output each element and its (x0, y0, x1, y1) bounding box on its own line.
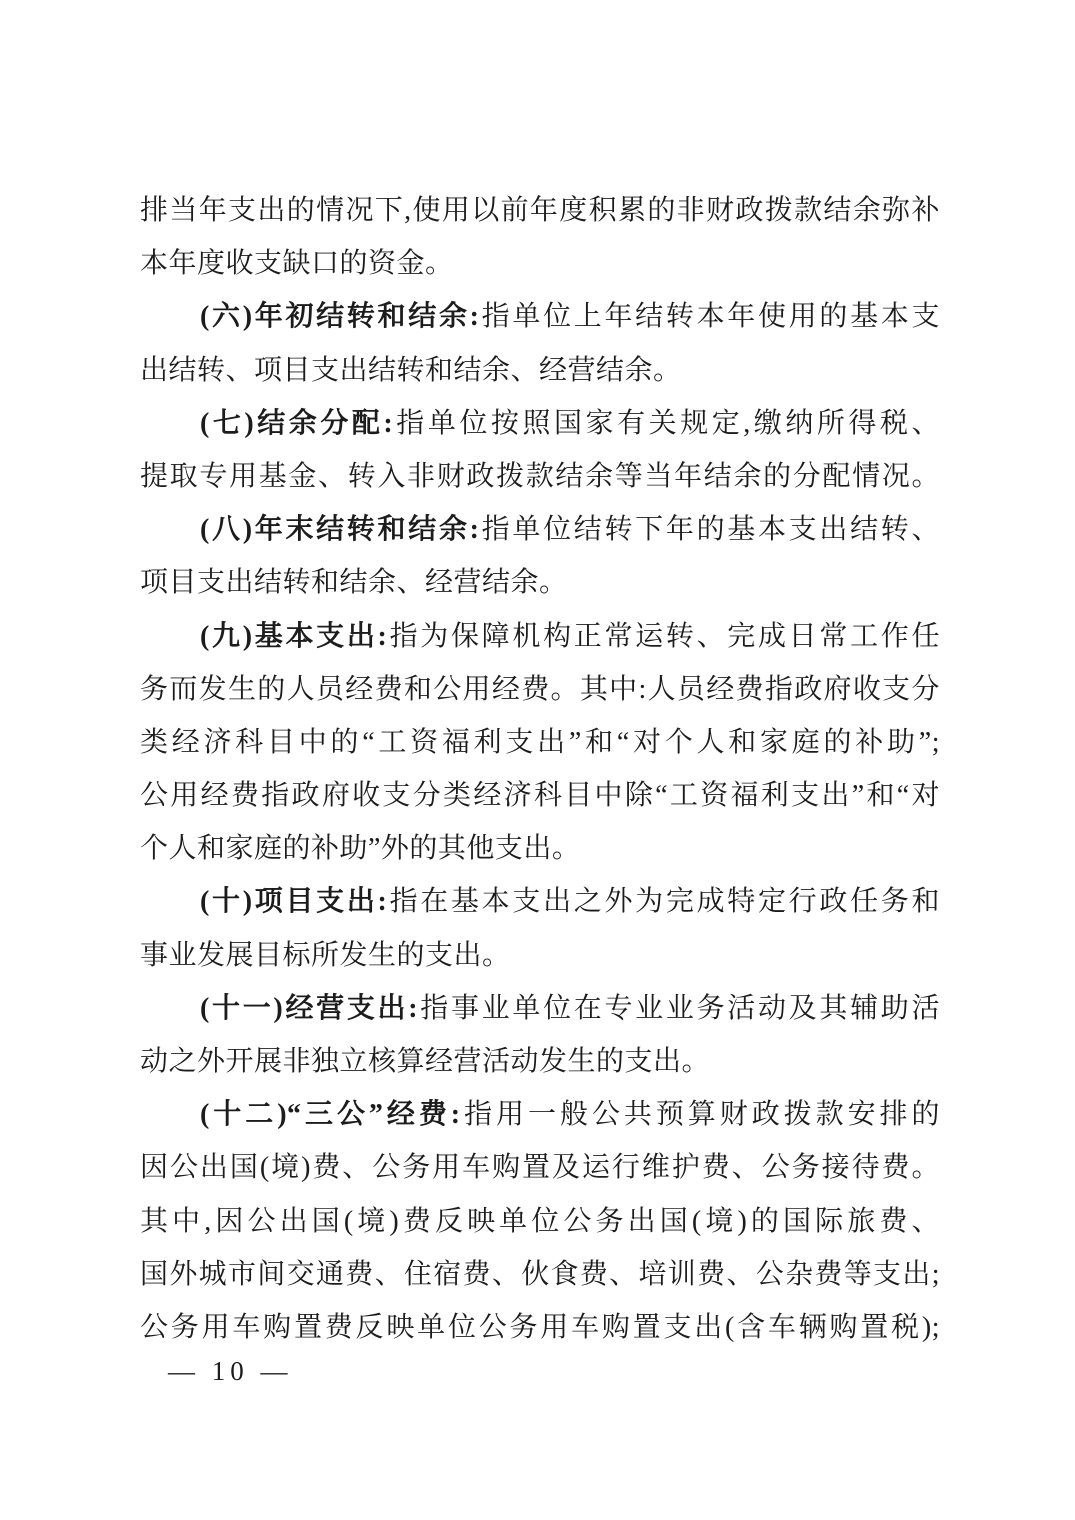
text-line: 类经济科目中的“工资福利支出”和“对个人和家庭的补助”; (140, 716, 940, 769)
text-segment: 其中,因公出国(境)费反映单位公务出国(境)的国际旅费、 (140, 1206, 940, 1237)
text-segment: 务而发生的人员经费和公用经费。其中:人员经费指政府收支分 (140, 674, 940, 705)
text-line: 提取专用基金、转入非财政拨款结余等当年结余的分配情况。 (140, 450, 940, 503)
term-heading: (十二)“三公”经费: (200, 1099, 461, 1130)
term-heading: (六)年初结转和结余: (200, 301, 479, 332)
text-line: 个人和家庭的补助”外的其他支出。 (140, 822, 940, 875)
text-line: (八)年末结转和结余:指单位结转下年的基本支出结转、 (140, 503, 940, 556)
text-segment: 指单位按照国家有关规定,缴纳所得税、 (393, 408, 940, 439)
term-heading: (九)基本支出: (200, 621, 387, 652)
text-line: (十一)经营支出:指事业单位在专业业务活动及其辅助活 (140, 982, 940, 1035)
text-segment: 事业发展目标所发生的支出。 (140, 940, 511, 971)
term-heading: (十)项目支出: (200, 886, 387, 917)
text-segment: 公务用车购置费反映单位公务用车购置支出(含车辆购置税); (140, 1312, 940, 1343)
text-segment: 动之外开展非独立核算经营活动发生的支出。 (140, 1046, 710, 1077)
text-segment: 出结转、项目支出结转和结余、经营结余。 (140, 355, 682, 386)
text-line: (十二)“三公”经费:指用一般公共预算财政拨款安排的 (140, 1088, 940, 1141)
text-segment: 指事业单位在专业业务活动及其辅助活 (418, 993, 940, 1024)
text-segment: 指为保障机构正常运转、完成日常工作任 (387, 621, 940, 652)
text-line: 出结转、项目支出结转和结余、经营结余。 (140, 344, 940, 397)
term-heading: (十一)经营支出: (200, 993, 418, 1024)
term-heading: (八)年末结转和结余: (200, 514, 479, 545)
text-line: 因公出国(境)费、公务用车购置及运行维护费、公务接待费。 (140, 1141, 940, 1194)
text-line: 动之外开展非独立核算经营活动发生的支出。 (140, 1035, 940, 1088)
text-segment: 排当年支出的情况下,使用以前年度积累的非财政拨款结余弥补 (140, 195, 940, 226)
text-line: 公务用车购置费反映单位公务用车购置支出(含车辆购置税); (140, 1301, 940, 1354)
text-line: (七)结余分配:指单位按照国家有关规定,缴纳所得税、 (140, 397, 940, 450)
text-segment: 个人和家庭的补助”外的其他支出。 (140, 833, 580, 864)
text-segment: 提取专用基金、转入非财政拨款结余等当年结余的分配情况。 (140, 461, 940, 492)
text-line: (六)年初结转和结余:指单位上年结转本年使用的基本支 (140, 290, 940, 343)
text-line: (十)项目支出:指在基本支出之外为完成特定行政任务和 (140, 875, 940, 928)
text-line: 务而发生的人员经费和公用经费。其中:人员经费指政府收支分 (140, 663, 940, 716)
text-line: 事业发展目标所发生的支出。 (140, 929, 940, 982)
text-line: 国外城市间交通费、住宿费、伙食费、培训费、公杂费等支出; (140, 1248, 940, 1301)
text-block: 排当年支出的情况下,使用以前年度积累的非财政拨款结余弥补本年度收支缺口的资金。(… (140, 184, 940, 1354)
text-segment: 指在基本支出之外为完成特定行政任务和 (387, 886, 940, 917)
text-line: 排当年支出的情况下,使用以前年度积累的非财政拨款结余弥补 (140, 184, 940, 237)
text-line: 其中,因公出国(境)费反映单位公务出国(境)的国际旅费、 (140, 1195, 940, 1248)
text-segment: 指用一般公共预算财政拨款安排的 (461, 1099, 940, 1130)
document-page: 排当年支出的情况下,使用以前年度积累的非财政拨款结余弥补本年度收支缺口的资金。(… (0, 0, 1075, 1520)
text-segment: 本年度收支缺口的资金。 (140, 248, 454, 279)
text-segment: 国外城市间交通费、住宿费、伙食费、培训费、公杂费等支出; (140, 1259, 940, 1290)
text-line: 项目支出结转和结余、经营结余。 (140, 556, 940, 609)
text-segment: 因公出国(境)费、公务用车购置及运行维护费、公务接待费。 (140, 1152, 940, 1183)
text-line: 本年度收支缺口的资金。 (140, 237, 940, 290)
text-segment: 指单位结转下年的基本支出结转、 (479, 514, 940, 545)
text-segment: 指单位上年结转本年使用的基本支 (479, 301, 940, 332)
text-segment: 类经济科目中的“工资福利支出”和“对个人和家庭的补助”; (140, 727, 940, 758)
text-line: (九)基本支出:指为保障机构正常运转、完成日常工作任 (140, 610, 940, 663)
page-number: — 10 — (168, 1356, 293, 1387)
text-segment: 项目支出结转和结余、经营结余。 (140, 567, 568, 598)
term-heading: (七)结余分配: (200, 408, 393, 439)
text-line: 公用经费指政府收支分类经济科目中除“工资福利支出”和“对 (140, 769, 940, 822)
text-segment: 公用经费指政府收支分类经济科目中除“工资福利支出”和“对 (140, 780, 940, 811)
